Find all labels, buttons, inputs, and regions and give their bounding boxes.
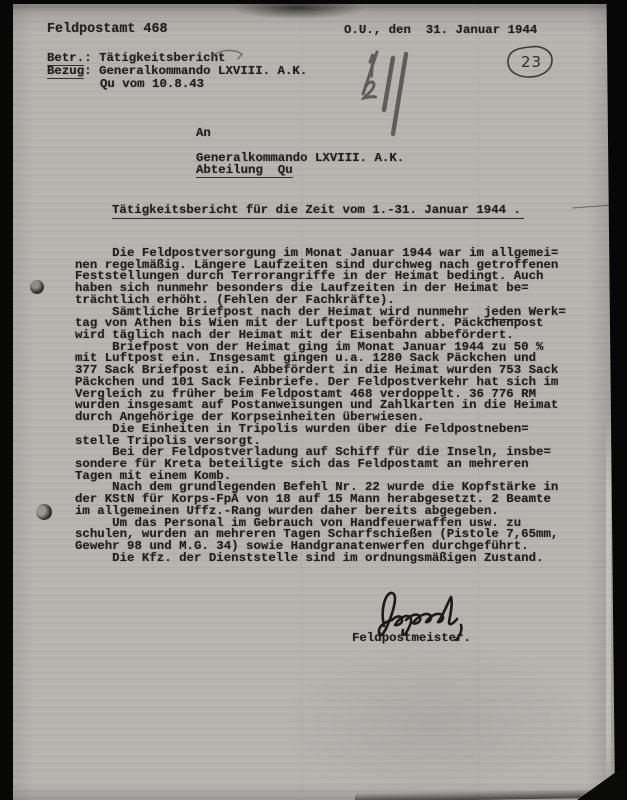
address-salutation: An (196, 126, 211, 140)
bezug-value2: Qu vom 10.8.43 (100, 77, 204, 91)
betreff-colon: : (84, 51, 91, 65)
paper-edge-highlight (606, 418, 611, 792)
bezug-row: Bezug: Generalkommando LXVIII. A.K. (47, 64, 307, 78)
body-line: Die Kfz. der Dienststelle sind im ordnun… (75, 553, 585, 565)
signature-role: Feldpostmeister. (352, 631, 471, 645)
punch-hole-bottom (36, 504, 52, 520)
pencil-tick (210, 47, 250, 61)
date-line: O.U., den 31. Januar 1944 (344, 23, 537, 37)
report-body: Die Feldpostversorgung im Monat Januar 1… (75, 248, 585, 564)
bezug-colon: : (84, 64, 91, 78)
spacer (92, 64, 99, 78)
spacer (92, 51, 99, 65)
bezug-value: Generalkommando LXVIII. A.K. (99, 64, 307, 78)
bezug-label: Bezug (47, 64, 84, 79)
betreff-row: Betr.: Tätigkeitsbericht (47, 51, 225, 65)
page-number-stamp: 23 (504, 44, 556, 80)
address-line2: Abteilung Qu (196, 163, 293, 178)
pencil-note-handwritten (358, 48, 426, 140)
page-number-text: 23 (521, 53, 542, 71)
punch-hole-top (30, 280, 44, 294)
betreff-value: Tätigkeitsbericht (99, 51, 225, 65)
scanned-document-page: { "document": { "sender": "Feldpostamt 4… (0, 0, 627, 800)
document-title: Tätigkeitsbericht für die Zeit vom 1.-31… (112, 203, 524, 219)
sender-office: Feldpostamt 468 (47, 22, 168, 37)
